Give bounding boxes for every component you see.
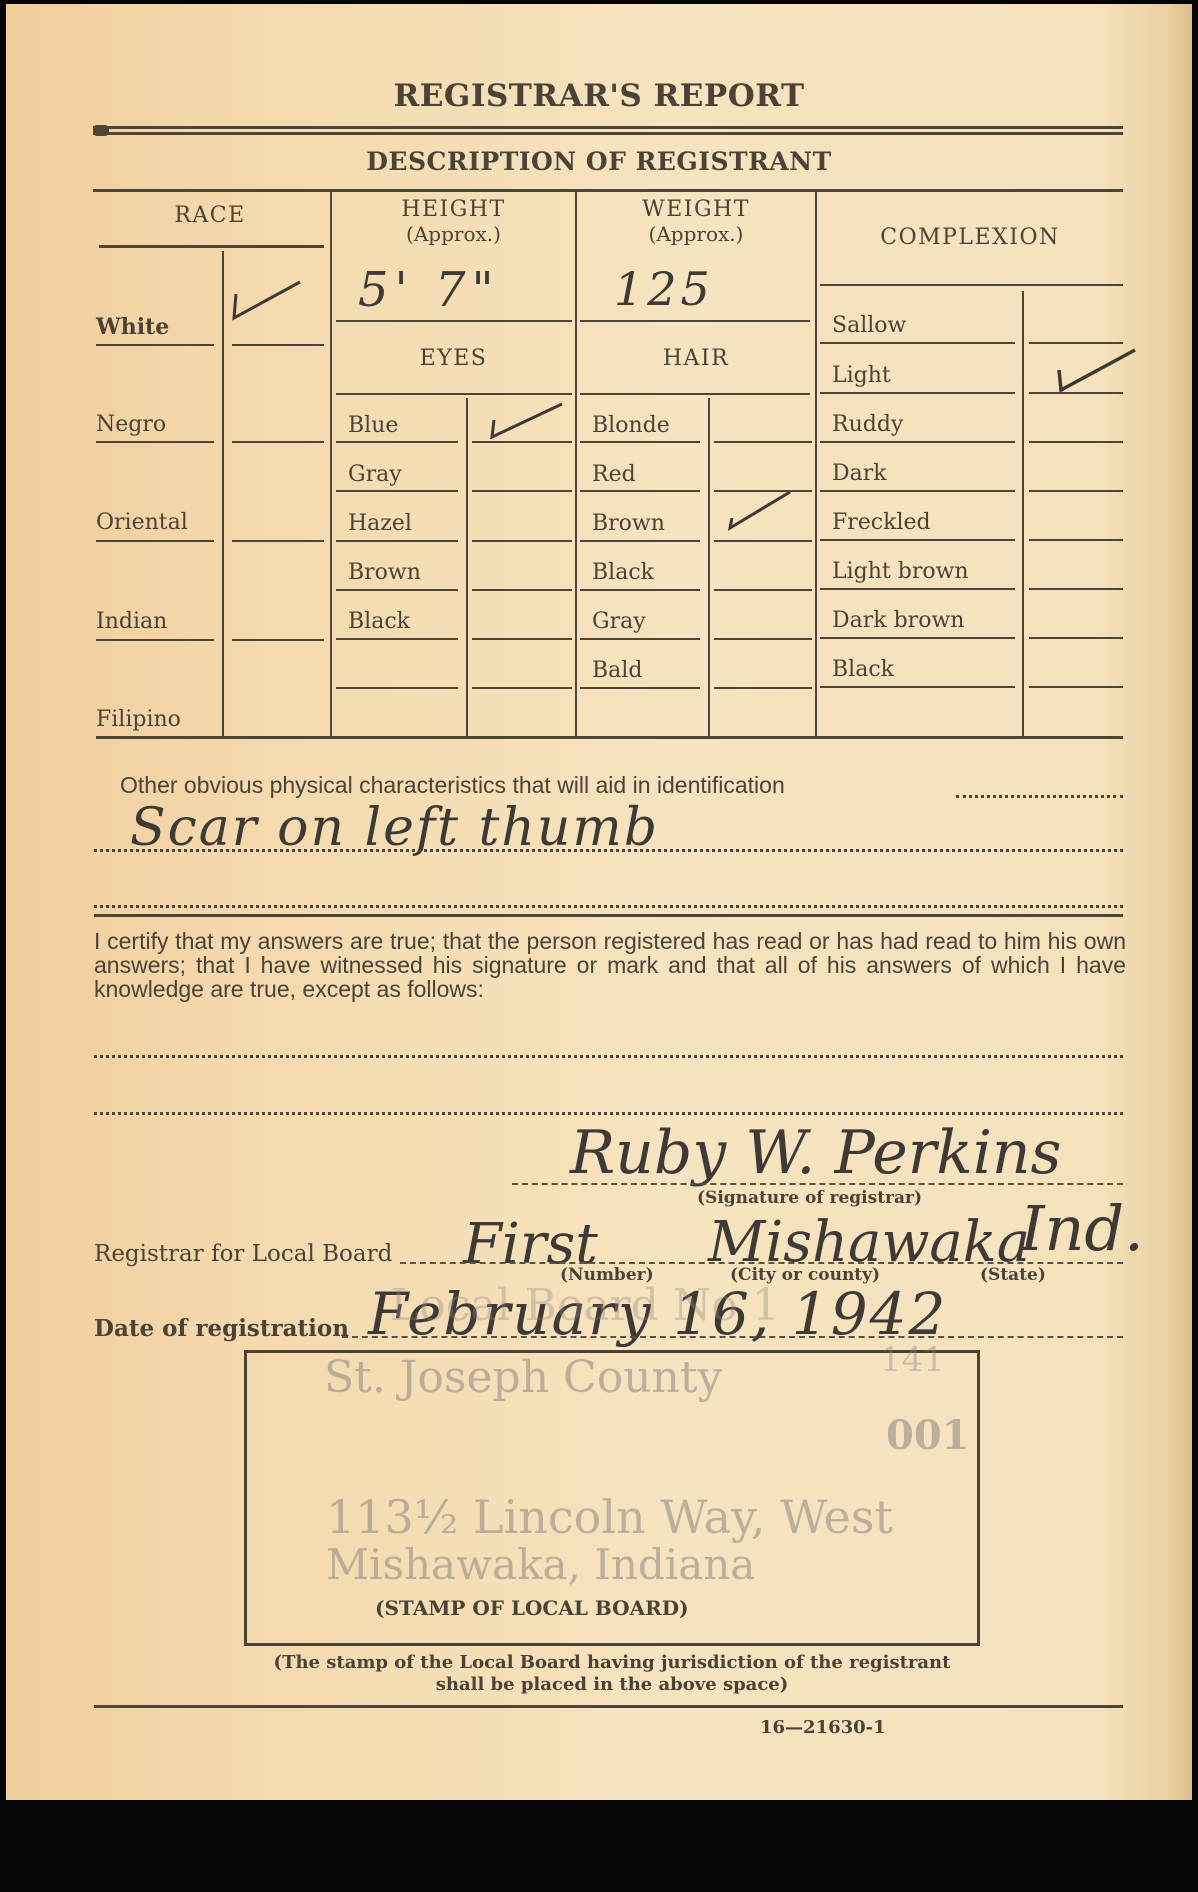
rule-cap: [93, 125, 109, 136]
row-rule: [820, 441, 1015, 443]
eyes-black-label: Black: [348, 609, 410, 634]
hair-check-col: [708, 398, 710, 738]
local-board-line: [400, 1262, 1123, 1264]
stamp-address-city: Mishawaka, Indiana: [326, 1540, 755, 1589]
complexion-header-rule: [820, 284, 1123, 286]
local-board-state[interactable]: Ind.: [1020, 1192, 1144, 1265]
row-rule: [1029, 490, 1123, 492]
complexion-black-label: Black: [832, 657, 894, 682]
page-title: REGISTRAR'S REPORT: [0, 78, 1198, 114]
table-top-rule: [93, 189, 1123, 192]
eyes-blue-checkmark[interactable]: [490, 402, 570, 438]
physical-label-dots: [956, 795, 1123, 798]
stamp-address-street: 113½ Lincoln Way, West: [326, 1490, 893, 1544]
col-divider-height-weight: [575, 192, 577, 738]
complexion-light-checkmark[interactable]: [1055, 346, 1137, 392]
stamp-serial: 001: [886, 1412, 970, 1459]
row-rule: [336, 589, 458, 591]
physical-value-line: [94, 849, 1123, 852]
height-header-label: HEIGHT: [401, 197, 505, 222]
date-label: Date of registration: [94, 1315, 349, 1342]
stamp-instructions-line1: (The stamp of the Local Board having jur…: [244, 1652, 980, 1673]
row-rule: [714, 687, 812, 689]
complexion-light-brown-label: Light brown: [832, 559, 969, 584]
row-rule: [820, 588, 1015, 590]
row-rule: [1029, 392, 1123, 394]
race-row-rule: [96, 540, 214, 542]
double-rule-bottom: [93, 132, 1123, 135]
height-value-rule: [336, 320, 572, 322]
eyes-header: EYES: [332, 347, 575, 371]
race-negro-label: Negro: [96, 412, 166, 437]
race-header: RACE: [95, 204, 325, 228]
row-rule: [820, 392, 1015, 394]
race-row-rule: [232, 441, 324, 443]
row-rule: [714, 490, 812, 492]
race-row-rule: [232, 540, 324, 542]
section-rule: [94, 914, 1123, 917]
row-rule: [820, 342, 1015, 344]
signature-line: [512, 1183, 1123, 1185]
row-rule: [1029, 441, 1123, 443]
signature-caption: (Signature of registrar): [697, 1188, 922, 1208]
complexion-sallow-label: Sallow: [832, 313, 906, 338]
row-rule: [1029, 342, 1123, 344]
hair-brown-checkmark[interactable]: [728, 490, 794, 530]
race-check-col: [222, 251, 224, 738]
table-bottom-rule: [96, 736, 1123, 739]
complexion-check-col: [1022, 291, 1024, 738]
stamp-county: St. Joseph County: [324, 1352, 722, 1403]
row-rule: [820, 637, 1015, 639]
row-rule: [472, 589, 572, 591]
race-oriental-label: Oriental: [96, 510, 188, 535]
footer-rule: [94, 1705, 1123, 1708]
stamp-instructions-line2: shall be placed in the above space): [244, 1674, 980, 1695]
complexion-dark-brown-label: Dark brown: [832, 608, 964, 633]
physical-characteristics-label: Other obvious physical characteristics t…: [120, 772, 785, 799]
row-rule: [580, 638, 700, 640]
local-board-label: Registrar for Local Board: [94, 1241, 392, 1267]
weight-approx-label: (Approx.): [577, 222, 815, 246]
complexion-dark-label: Dark: [832, 461, 887, 486]
row-rule: [580, 589, 700, 591]
weight-header-label: WEIGHT: [642, 197, 750, 222]
race-row-rule: [96, 344, 214, 346]
row-rule: [472, 687, 572, 689]
race-row-rule: [232, 639, 324, 641]
row-rule: [1029, 637, 1123, 639]
race-white-label: White: [96, 314, 169, 340]
race-indian-label: Indian: [96, 609, 167, 634]
row-rule: [580, 540, 700, 542]
weight-value[interactable]: 125: [614, 262, 714, 316]
stamp-caption: (STAMP OF LOCAL BOARD): [375, 1596, 689, 1620]
row-rule: [580, 441, 700, 443]
row-rule: [336, 687, 458, 689]
stamp-local-board: Local Board No 1: [390, 1280, 780, 1331]
row-rule: [336, 441, 458, 443]
eyes-gray-label: Gray: [348, 462, 402, 487]
eyes-header-rule: [336, 393, 572, 395]
row-rule: [580, 490, 700, 492]
weight-value-rule: [580, 320, 810, 322]
hair-bald-label: Bald: [592, 658, 642, 683]
hair-blonde-label: Blonde: [592, 413, 670, 438]
row-rule: [336, 490, 458, 492]
state-caption: (State): [980, 1265, 1046, 1285]
race-header-rule: [99, 245, 324, 248]
race-row-rule: [96, 441, 214, 443]
hair-header-rule: [580, 393, 810, 395]
col-divider-race-height: [330, 192, 332, 738]
row-rule: [1029, 686, 1123, 688]
complexion-freckled-label: Freckled: [832, 510, 931, 535]
row-rule: [472, 638, 572, 640]
double-rule-top: [93, 126, 1123, 129]
section-title: DESCRIPTION OF REGISTRANT: [0, 147, 1198, 176]
row-rule: [714, 540, 812, 542]
row-rule: [1029, 588, 1123, 590]
hair-black-label: Black: [592, 560, 654, 585]
exceptions-line-1: [94, 1055, 1123, 1058]
height-header: HEIGHT (Approx.): [332, 198, 575, 246]
row-rule: [472, 490, 572, 492]
date-line: [342, 1336, 1123, 1338]
hair-header: HAIR: [577, 347, 815, 371]
col-divider-weight-complexion: [815, 192, 817, 738]
eyes-hazel-label: Hazel: [348, 511, 412, 536]
physical-blank-line: [94, 905, 1123, 908]
row-rule: [714, 441, 812, 443]
certification-text: I certify that my answers are true; that…: [94, 929, 1126, 1001]
hair-brown-label: Brown: [592, 511, 665, 536]
race-white-checkmark[interactable]: [232, 282, 302, 322]
height-approx-label: (Approx.): [332, 222, 575, 246]
eyes-brown-label: Brown: [348, 560, 421, 585]
eyes-check-col: [466, 398, 468, 738]
complexion-light-label: Light: [832, 363, 891, 388]
race-row-rule: [232, 344, 324, 346]
height-value[interactable]: 5' 7": [358, 262, 500, 318]
registrar-signature[interactable]: Ruby W. Perkins: [570, 1118, 1061, 1188]
complexion-header: COMPLEXION: [817, 226, 1123, 250]
row-rule: [336, 638, 458, 640]
complexion-ruddy-label: Ruddy: [832, 412, 903, 437]
stamp-code: 141: [880, 1340, 945, 1380]
row-rule: [580, 687, 700, 689]
row-rule: [336, 540, 458, 542]
row-rule: [820, 539, 1015, 541]
hair-red-label: Red: [592, 462, 636, 487]
row-rule: [820, 686, 1015, 688]
row-rule: [472, 540, 572, 542]
form-number: 16—21630-1: [760, 1717, 886, 1738]
race-filipino-label: Filipino: [96, 707, 181, 732]
row-rule: [714, 589, 812, 591]
weight-header: WEIGHT (Approx.): [577, 198, 815, 246]
row-rule: [1029, 539, 1123, 541]
row-rule: [472, 441, 572, 443]
eyes-blue-label: Blue: [348, 413, 398, 438]
row-rule: [714, 638, 812, 640]
hair-gray-label: Gray: [592, 609, 646, 634]
race-row-rule: [96, 639, 214, 641]
exceptions-line-2: [94, 1112, 1123, 1115]
row-rule: [820, 490, 1015, 492]
